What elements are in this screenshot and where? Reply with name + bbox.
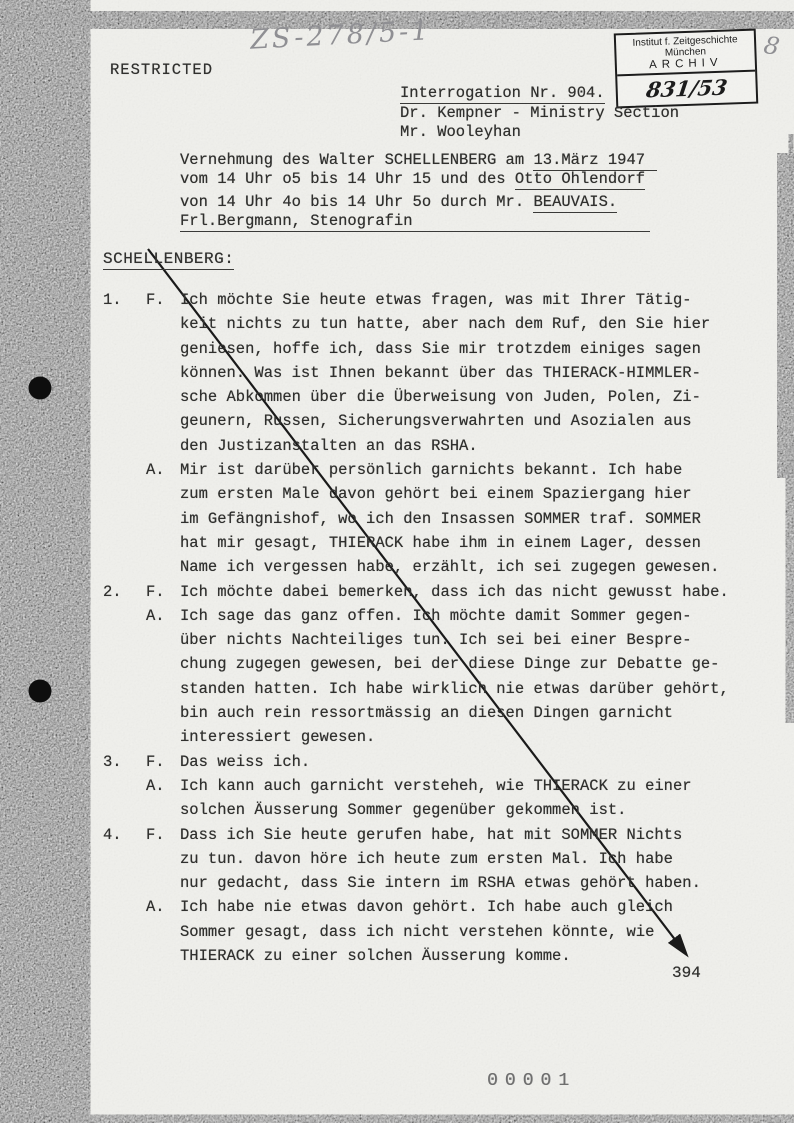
qa-row: A.Ich habe nie etwas davon gehört. Ich h… <box>103 895 763 968</box>
archive-stamp-header: Institut f. Zeitgeschichte München ARCHI… <box>616 31 755 77</box>
qa-text-line: Dass ich Sie heute gerufen habe, hat mit… <box>180 823 763 847</box>
qa-speaker-label: F. <box>146 288 180 458</box>
scan-band-left <box>0 12 86 1123</box>
qa-item-number <box>103 604 146 750</box>
qa-text-lines: Ich möchte dabei bemerken, dass ich das … <box>180 580 763 604</box>
qa-text-line: nur gedacht, dass Sie intern im RSHA etw… <box>180 871 763 895</box>
qa-text-lines: Das weiss ich. <box>180 750 763 774</box>
hole-punch-top <box>29 377 52 400</box>
qa-item-number: 3. <box>103 750 146 774</box>
qa-text-lines: Ich sage das ganz offen. Ich möchte dami… <box>180 604 763 750</box>
intro-line-2: vom 14 Uhr o5 bis 14 Uhr 15 und des Otto… <box>180 170 657 189</box>
intro-line-1: Vernehmung des Walter SCHELLENBERG am 13… <box>180 151 657 170</box>
qa-item-number <box>103 895 146 968</box>
qa-text-line: Sommer gesagt, dass ich nicht verstehen … <box>180 920 763 944</box>
qa-row: 3.F.Das weiss ich. <box>103 750 763 774</box>
interrogation-number: Interrogation Nr. 904. <box>400 84 679 104</box>
qa-text-line: den Justizanstalten an das RSHA. <box>180 434 763 458</box>
qa-text-line: Ich möchte dabei bemerken, dass ich das … <box>180 580 763 604</box>
footer-stamp-number: 00001 <box>487 1071 576 1091</box>
qa-text-lines: Mir ist darüber persönlich garnichts bek… <box>180 458 763 579</box>
qa-text-line: im Gefängnishof, wo ich den Insassen SOM… <box>180 507 763 531</box>
qa-text-line: zum ersten Male davon gehört bei einem S… <box>180 482 763 506</box>
qa-transcript: 1.F.Ich möchte Sie heute etwas fragen, w… <box>103 288 763 968</box>
qa-row: A.Ich kann auch garnicht versteheh, wie … <box>103 774 763 823</box>
qa-item-number: 4. <box>103 823 146 896</box>
qa-text-line: Mir ist darüber persönlich garnichts bek… <box>180 458 763 482</box>
header-kempner-line: Dr. Kempner - Ministry Section <box>400 104 679 124</box>
intro-line-3-pre: von 14 Uhr 4o bis 14 Uhr 5o durch Mr. <box>180 193 533 211</box>
header-wooleyhan-line: Mr. Wooleyhan <box>400 123 679 143</box>
intro-stenografin-underlined: Frl.Bergmann, Stenografin <box>180 212 650 233</box>
qa-speaker-label: A. <box>146 604 180 750</box>
qa-item-number <box>103 774 146 823</box>
qa-text-line: keit nichts zu tun hatte, aber nach dem … <box>180 312 763 336</box>
intro-date-underlined: 13.März 1947 <box>533 151 657 171</box>
qa-text-line: solchen Äusserung Sommer gegenüber gekom… <box>180 798 763 822</box>
qa-text-line: standen hatten. Ich habe wirklich nie et… <box>180 677 763 701</box>
qa-row: 2.F.Ich möchte dabei bemerken, dass ich … <box>103 580 763 604</box>
qa-text-line: können. Was ist Ihnen bekannt über das T… <box>180 361 763 385</box>
qa-text-lines: Dass ich Sie heute gerufen habe, hat mit… <box>180 823 763 896</box>
qa-text-line: bin auch rein ressortmässig an diesen Di… <box>180 701 763 725</box>
scan-band-right-lower <box>786 455 794 710</box>
qa-item-number: 2. <box>103 580 146 604</box>
qa-text-line: sche Abkommen über die Überweisung von J… <box>180 385 763 409</box>
qa-speaker-label: A. <box>146 458 180 579</box>
scan-band-right <box>778 168 794 463</box>
hole-punch-bottom <box>29 680 52 703</box>
qa-text-line: interessiert gewesen. <box>180 725 763 749</box>
interrogation-intro: Vernehmung des Walter SCHELLENBERG am 13… <box>180 151 657 232</box>
qa-text-line: chung zugegen gewesen, bei der diese Din… <box>180 652 763 676</box>
scan-band-bottom <box>22 1115 794 1123</box>
qa-speaker-label: A. <box>146 895 180 968</box>
qa-text-lines: Ich möchte Sie heute etwas fragen, was m… <box>180 288 763 458</box>
qa-text-line: hat mir gesagt, THIERACK habe ihm in ein… <box>180 531 763 555</box>
qa-row: A.Mir ist darüber persönlich garnichts b… <box>103 458 763 579</box>
qa-speaker-label: F. <box>146 750 180 774</box>
qa-text-line: Ich habe nie etwas davon gehört. Ich hab… <box>180 895 763 919</box>
qa-item-number <box>103 458 146 579</box>
qa-item-number: 1. <box>103 288 146 458</box>
qa-text-line: Ich kann auch garnicht versteheh, wie TH… <box>180 774 763 798</box>
classification-label: RESTRICTED <box>110 61 213 79</box>
intro-line-2-pre: vom 14 Uhr o5 bis 14 Uhr 15 und des <box>180 170 515 188</box>
intro-line-3: von 14 Uhr 4o bis 14 Uhr 5o durch Mr. BE… <box>180 193 657 212</box>
qa-row: A.Ich sage das ganz offen. Ich möchte da… <box>103 604 763 750</box>
qa-speaker-label: A. <box>146 774 180 823</box>
scanned-document-page: ZS-278/5-1 8 RESTRICTED Institut f. Zeit… <box>0 0 794 1123</box>
qa-text-line: Name ich vergessen habe, erzählt, ich se… <box>180 555 763 579</box>
interrogation-number-text: Interrogation Nr. 904. <box>400 84 605 104</box>
qa-row: 4.F.Dass ich Sie heute gerufen habe, hat… <box>103 823 763 896</box>
qa-row: 1.F.Ich möchte Sie heute etwas fragen, w… <box>103 288 763 458</box>
intro-beauvais-underlined: BEAUVAIS. <box>533 193 617 213</box>
section-heading-text: SCHELLENBERG: <box>103 250 234 270</box>
qa-text-line: geniesen, hoffe ich, dass Sie mir trotzd… <box>180 337 763 361</box>
qa-text-line: Ich möchte Sie heute etwas fragen, was m… <box>180 288 763 312</box>
qa-text-line: geunern, Russen, Sicherungsverwahrten un… <box>180 409 763 433</box>
qa-text-lines: Ich kann auch garnicht versteheh, wie TH… <box>180 774 763 823</box>
page-number: 394 <box>672 964 701 982</box>
document-header: Interrogation Nr. 904. Dr. Kempner - Min… <box>400 84 679 143</box>
intro-line-4: Frl.Bergmann, Stenografin <box>180 212 657 233</box>
qa-speaker-label: F. <box>146 580 180 604</box>
qa-text-line: Ich sage das ganz offen. Ich möchte dami… <box>180 604 763 628</box>
qa-text-line: Das weiss ich. <box>180 750 763 774</box>
section-heading: SCHELLENBERG: <box>103 250 234 268</box>
qa-text-line: zu tun. davon höre ich heute zum ersten … <box>180 847 763 871</box>
qa-text-lines: Ich habe nie etwas davon gehört. Ich hab… <box>180 895 763 968</box>
intro-line-1-pre: Vernehmung des Walter SCHELLENBERG am <box>180 151 533 169</box>
intro-ohlendorf-underlined: Otto Ohlendorf <box>515 170 645 190</box>
qa-speaker-label: F. <box>146 823 180 896</box>
qa-text-line: über nichts Nachteiliges tun. Ich sei be… <box>180 628 763 652</box>
